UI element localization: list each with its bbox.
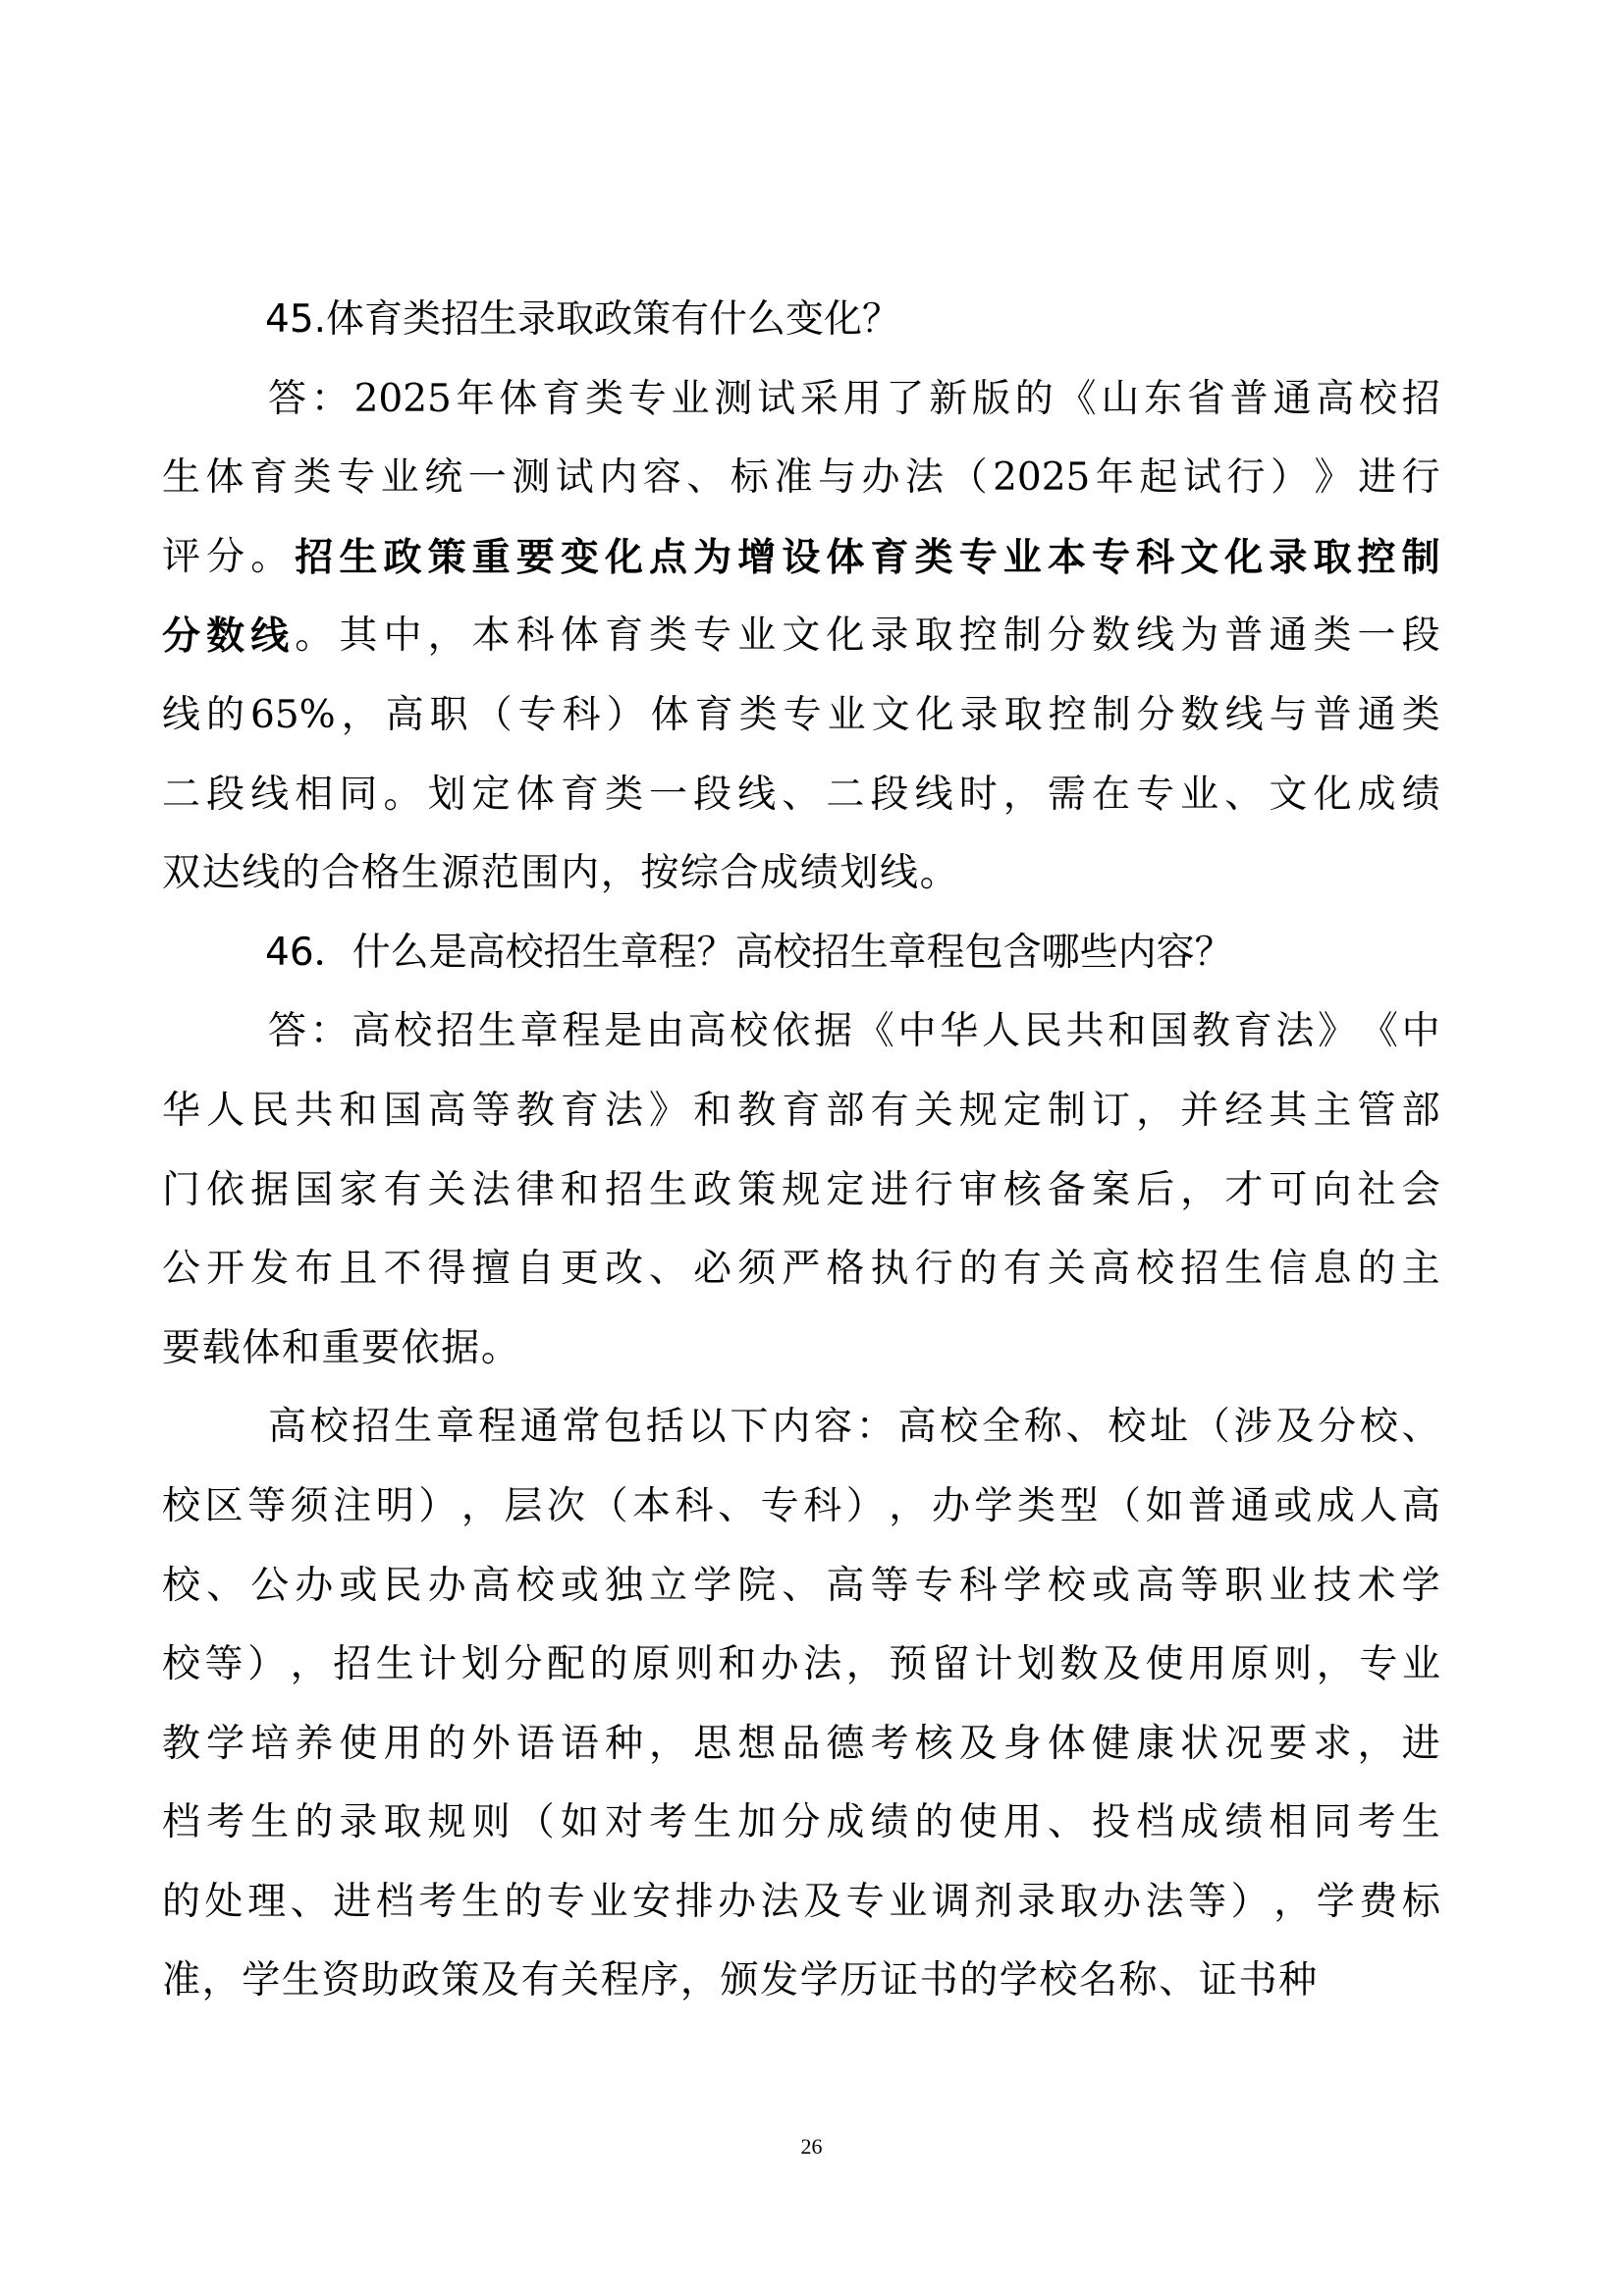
body-text: ） <box>846 1468 885 1547</box>
body-text: 等 <box>1180 1547 1218 1627</box>
body-text: 语 <box>561 1705 599 1785</box>
body-text: 山 <box>1101 360 1139 440</box>
body-text: ： <box>856 1388 894 1468</box>
body-text: 段 <box>871 756 909 835</box>
body-text: 的 <box>959 1942 998 2021</box>
body-text: 章 <box>436 1388 474 1468</box>
body-text: 型 <box>1059 1468 1098 1547</box>
body-text: 教 <box>162 1705 200 1785</box>
body-text: 测 <box>714 360 752 440</box>
body-text: 本 <box>472 597 511 676</box>
paragraph-line: 的处理、进档考生的专业安排办法及专业调剂录取办法等），学费标 <box>162 1863 1440 1943</box>
body-text: 育 <box>561 1072 599 1151</box>
body-text: 绩 <box>1224 1784 1263 1863</box>
body-text: 招 <box>1402 360 1440 440</box>
bold-text: 招 <box>295 518 333 598</box>
body-text: 生 <box>461 1863 500 1943</box>
body-text: 录 <box>1017 1863 1055 1943</box>
body-text: 双 <box>162 834 200 914</box>
body-text: 、 <box>206 1547 244 1627</box>
body-text: 使 <box>959 1784 998 1863</box>
body-text: 用 <box>383 1705 421 1785</box>
body-text: 育 <box>605 597 643 676</box>
body-text: 政 <box>402 1942 440 2021</box>
body-text: 健 <box>1092 1705 1130 1785</box>
body-text: 专 <box>761 1468 799 1547</box>
body-text: 体 <box>206 439 244 518</box>
body-text: 须 <box>291 1468 329 1547</box>
body-text: 重 <box>321 1309 359 1389</box>
body-text: 类 <box>649 597 687 676</box>
body-text: 教 <box>737 1072 776 1151</box>
body-text: 取 <box>1004 676 1043 756</box>
body-text: 时 <box>959 756 998 835</box>
body-text: 可 <box>1269 1151 1307 1231</box>
body-text: 有 <box>520 1942 559 2021</box>
body-text: 段 <box>206 756 244 835</box>
body-text: 国 <box>1150 992 1188 1072</box>
body-text: 核 <box>1003 1151 1042 1231</box>
body-text: 办 <box>862 439 900 518</box>
body-text: 则 <box>1273 1626 1312 1705</box>
body-text: 的 <box>1015 360 1054 440</box>
question-heading: 45.体育类招生录取政策有什么变化？ <box>162 281 1440 360</box>
body-text: 校 <box>940 1388 978 1468</box>
body-text: 校 <box>162 1547 200 1627</box>
body-text: 校 <box>1108 1388 1146 1468</box>
body-text: 一 <box>1358 597 1396 676</box>
body-text: 录 <box>339 1784 377 1863</box>
body-text: 费 <box>1359 1863 1397 1943</box>
body-text: 线 <box>880 834 918 914</box>
body-text: 规 <box>959 1072 998 1151</box>
body-text: 排 <box>676 1863 714 1943</box>
body-text: 高 <box>472 1547 511 1627</box>
body-text: 育 <box>782 1072 820 1151</box>
body-text: ） <box>1231 1863 1270 1943</box>
body-text: 学 <box>206 1705 244 1785</box>
body-text: 、 <box>782 756 820 835</box>
body-text: 生 <box>693 1784 731 1863</box>
body-text: 留 <box>932 1626 970 1705</box>
body-text: 配 <box>547 1626 585 1705</box>
body-text: 65% <box>250 676 336 756</box>
body-text: 注 <box>333 1468 371 1547</box>
bold-text: 设 <box>782 518 820 598</box>
body-text: 高 <box>897 1388 936 1468</box>
body-text: 。 <box>920 834 958 914</box>
body-text: 育 <box>561 756 599 835</box>
body-text: 人 <box>982 992 1020 1072</box>
body-text: 的 <box>206 676 244 756</box>
body-text: 必 <box>693 1230 731 1309</box>
body-text: 技 <box>1313 1547 1351 1627</box>
body-text: 关 <box>915 1072 953 1151</box>
body-text: 普 <box>1230 360 1269 440</box>
body-text: 用 <box>1003 1784 1042 1863</box>
body-text: 取 <box>915 597 953 676</box>
body-text: 等 <box>247 1468 286 1547</box>
body-text: 想 <box>737 1705 776 1785</box>
body-text: ， <box>680 1942 719 2021</box>
bold-text: 取 <box>1313 518 1351 598</box>
body-text: 院 <box>737 1547 776 1627</box>
body-text: 息 <box>1313 1230 1351 1309</box>
body-text: 按 <box>640 834 678 914</box>
body-text: 同 <box>1313 1784 1351 1863</box>
bold-text: 专 <box>1092 518 1130 598</box>
body-text: 华 <box>940 992 978 1072</box>
body-text: 通 <box>1272 360 1311 440</box>
body-text: 其 <box>1269 1072 1307 1151</box>
body-text: ， <box>649 1705 687 1785</box>
body-text: 》 <box>649 1072 687 1151</box>
body-text: 原 <box>632 1626 671 1705</box>
body-text: 使 <box>1146 1626 1184 1705</box>
body-text: 成 <box>1317 1468 1355 1547</box>
body-text: 程 <box>601 1942 639 2021</box>
body-text: 育 <box>1234 992 1272 1072</box>
body-text: 等 <box>472 1072 511 1151</box>
body-text: 原 <box>1231 1626 1270 1705</box>
body-text: 有 <box>383 1151 421 1231</box>
body-text: 依 <box>772 992 810 1072</box>
body-text: 《 <box>1360 992 1398 1072</box>
body-text: 内 <box>599 439 637 518</box>
bold-text: 变 <box>561 518 599 598</box>
body-text: 、 <box>1048 1784 1086 1863</box>
paragraph-line: 档考生的录取规则（如对考生加分成绩的使用、投档成绩相同考生 <box>162 1784 1440 1863</box>
body-text: 、 <box>649 1230 687 1309</box>
body-text: 调 <box>932 1863 970 1943</box>
body-text: 康 <box>1136 1705 1174 1785</box>
body-text: 和 <box>282 1309 320 1389</box>
body-text: 成 <box>826 1784 864 1863</box>
body-text: 和 <box>339 1072 377 1151</box>
body-text: ， <box>1136 1072 1174 1151</box>
body-text: 分 <box>1318 1388 1356 1468</box>
body-text: 思 <box>693 1705 731 1785</box>
body-text: 对 <box>605 1784 643 1863</box>
body-text: 用 <box>1188 1626 1226 1705</box>
bold-text: 化 <box>605 518 643 598</box>
body-text: 依 <box>402 1309 440 1389</box>
body-text: 的 <box>589 1626 627 1705</box>
body-text: 语 <box>516 1705 555 1785</box>
body-text: 涉 <box>1234 1388 1272 1468</box>
body-text: 一 <box>649 756 687 835</box>
body-text: 的 <box>504 1863 542 1943</box>
paragraph-line: 校、公办或民办高校或独立学院、高等专科学校或高等职业技术学 <box>162 1547 1440 1627</box>
body-text: 省 <box>1187 360 1225 440</box>
body-text: 法 <box>472 1151 511 1231</box>
body-text: 进 <box>871 1151 909 1231</box>
body-text: 校 <box>516 1547 555 1627</box>
body-text: 专 <box>518 676 557 756</box>
body-text: 及 <box>1103 1626 1141 1705</box>
body-text: ， <box>1358 1705 1396 1785</box>
body-text: 通 <box>520 1388 559 1468</box>
body-text: 围 <box>520 834 559 914</box>
body-text: 处 <box>205 1863 243 1943</box>
body-text: 通 <box>1358 676 1396 756</box>
body-text: 取 <box>383 1784 421 1863</box>
body-text: 科 <box>676 1468 714 1547</box>
body-text: ） <box>1271 439 1309 518</box>
body-text: 更 <box>561 1230 599 1309</box>
body-text: 高 <box>352 992 391 1072</box>
body-text: 校 <box>1359 360 1397 440</box>
body-text: 名 <box>1079 1942 1117 2021</box>
body-text: 等 <box>871 1547 909 1627</box>
body-text: 年 <box>457 360 495 440</box>
body-text: 立 <box>649 1547 687 1627</box>
body-text: 资 <box>321 1942 359 2021</box>
body-text: 成 <box>1358 756 1396 835</box>
body-text: 与 <box>818 439 856 518</box>
body-text: 段 <box>693 756 731 835</box>
body-text: 体 <box>561 597 599 676</box>
body-text: 生 <box>1224 1230 1263 1309</box>
body-text: 录 <box>960 676 999 756</box>
paragraph-first-line: 高校招生章程通常包括以下内容：高校全称、校址（涉及分校、 <box>162 1388 1440 1468</box>
body-text: 分 <box>504 1626 542 1705</box>
body-text: 科 <box>803 1468 841 1547</box>
body-text: 办 <box>428 1547 466 1627</box>
body-text: 科 <box>516 597 555 676</box>
body-text: 经 <box>1224 1072 1263 1151</box>
body-text: 预 <box>889 1626 927 1705</box>
body-text: 依 <box>206 1151 244 1231</box>
body-text: 考 <box>206 1784 244 1863</box>
body-text: 进 <box>1358 439 1396 518</box>
body-text: 、 <box>718 1468 756 1547</box>
body-text: 类 <box>1017 1468 1055 1547</box>
body-text: 以 <box>688 1388 727 1468</box>
body-text: 行 <box>915 1230 953 1309</box>
body-text: 或 <box>339 1547 377 1627</box>
body-text: （ <box>516 1784 555 1863</box>
body-text: 相 <box>295 756 333 835</box>
body-text: 法 <box>905 439 944 518</box>
body-text: 制 <box>1003 597 1042 676</box>
body-text: 划 <box>461 1626 500 1705</box>
body-text: 发 <box>760 1942 798 2021</box>
body-text: 中 <box>897 992 936 1072</box>
body-text: 学 <box>693 1547 731 1627</box>
body-text: 规 <box>782 1151 820 1231</box>
body-text: 学 <box>1402 1547 1440 1627</box>
body-text: 求 <box>1313 1705 1351 1785</box>
body-text: 如 <box>561 1784 599 1863</box>
body-text: 严 <box>782 1230 820 1309</box>
body-text: 及 <box>803 1863 841 1943</box>
body-text: 生 <box>394 1388 432 1468</box>
body-text: 同 <box>339 756 377 835</box>
paragraph-line: 分数线。其中，本科体育类专业文化录取控制分数线为普通类一段 <box>162 597 1440 676</box>
bold-text: 为 <box>693 518 731 598</box>
body-text: 行 <box>915 1151 953 1231</box>
body-text: 源 <box>441 834 479 914</box>
body-text: 自 <box>516 1230 555 1309</box>
body-text: 业 <box>672 360 710 440</box>
body-text: 民 <box>250 1072 289 1151</box>
body-text: 的 <box>959 1230 998 1309</box>
body-text: 社 <box>1358 1151 1396 1231</box>
body-text: 校 <box>1136 1230 1174 1309</box>
bold-text: 体 <box>826 518 864 598</box>
body-text: 法 <box>1275 992 1314 1072</box>
body-text: 高 <box>386 676 424 756</box>
body-text: 案 <box>1092 1151 1130 1231</box>
body-text: 档 <box>1136 1784 1174 1863</box>
body-text: 专 <box>846 1863 885 1943</box>
body-text: 评 <box>162 518 200 598</box>
body-text: ） <box>247 1626 286 1705</box>
body-text: 历 <box>839 1942 878 2021</box>
body-text: 或 <box>1092 1547 1130 1627</box>
bold-text: 生 <box>339 518 377 598</box>
body-text: 高 <box>826 1547 864 1627</box>
body-text: 办 <box>718 1863 756 1943</box>
body-text: 备 <box>1048 1151 1086 1231</box>
body-text: 民 <box>383 1547 421 1627</box>
body-text: 书 <box>1238 1942 1276 2021</box>
bold-text: 文 <box>1180 518 1218 598</box>
body-text: 是 <box>604 992 642 1072</box>
body-text: 高 <box>1136 1547 1174 1627</box>
body-text: （ <box>1192 1388 1230 1468</box>
body-text: 独 <box>605 1547 643 1627</box>
body-text: 招 <box>333 1626 371 1705</box>
document-body: 45.体育类招生录取政策有什么变化？答：2025年体育类专业测试采用了新版的《山… <box>162 281 1440 2021</box>
bold-text: 增 <box>737 518 776 598</box>
body-text: 校 <box>162 1468 200 1547</box>
body-text: 普 <box>1188 1468 1226 1547</box>
body-text: 括 <box>646 1388 684 1468</box>
body-text: 。 <box>295 597 333 676</box>
body-text: ， <box>1317 1626 1355 1705</box>
body-text: 容 <box>814 1388 852 1468</box>
body-text: 审 <box>959 1151 998 1231</box>
body-text: 共 <box>295 1072 333 1151</box>
body-text: 线 <box>242 834 280 914</box>
body-text: 主 <box>1313 1072 1351 1151</box>
question-heading: 46．什么是高校招生章程？高校招生章程包含哪些内容？ <box>162 914 1440 993</box>
body-text: 布 <box>295 1230 333 1309</box>
body-text: 家 <box>339 1151 377 1231</box>
body-text: 试 <box>556 439 594 518</box>
body-text: 一 <box>468 439 507 518</box>
body-text: 生 <box>162 439 200 518</box>
body-text: 格 <box>826 1230 864 1309</box>
body-text: 养 <box>295 1705 333 1785</box>
body-text: 下 <box>730 1388 768 1468</box>
body-text: 加 <box>737 1784 776 1863</box>
body-text: 。 <box>481 1309 519 1389</box>
body-text: 业 <box>381 439 419 518</box>
body-text: 类 <box>1402 676 1440 756</box>
body-text: 程 <box>562 992 600 1072</box>
bold-text: 重 <box>472 518 511 598</box>
body-text: 绩 <box>1402 756 1440 835</box>
body-text: 线 <box>915 756 953 835</box>
body-text: 学 <box>1317 1863 1355 1943</box>
body-text: 招 <box>352 1388 391 1468</box>
body-text: 证 <box>1199 1942 1237 2021</box>
body-text: 用 <box>843 360 882 440</box>
body-text: 校 <box>162 1626 200 1705</box>
body-text: 的 <box>1358 1230 1396 1309</box>
body-text: 取 <box>1059 1863 1098 1943</box>
body-text: 线 <box>1225 676 1264 756</box>
body-text: ） <box>418 1468 457 1547</box>
body-text: 化 <box>916 676 954 756</box>
body-text: 安 <box>632 1863 671 1943</box>
body-text: 考 <box>418 1863 457 1943</box>
body-text: 》 <box>1318 992 1356 1072</box>
bold-text: 数 <box>206 597 244 676</box>
body-text: 版 <box>972 360 1010 440</box>
body-text: 文 <box>872 676 910 756</box>
body-text: 科 <box>563 676 601 756</box>
body-text: 由 <box>646 992 684 1072</box>
bold-text: 控 <box>1358 518 1396 598</box>
body-text: 考 <box>871 1705 909 1785</box>
body-text: 专 <box>915 1547 953 1627</box>
body-text: 范 <box>481 834 519 914</box>
body-text: ， <box>1273 1863 1312 1943</box>
body-text: 有 <box>871 1072 909 1151</box>
paragraph-line: 华人民共和国高等教育法》和教育部有关规定制订，并经其主管部 <box>162 1072 1440 1151</box>
body-text: 理 <box>247 1863 286 1943</box>
body-text: 二 <box>162 756 200 835</box>
body-text: 程 <box>478 1388 516 1468</box>
body-text: 法 <box>1146 1863 1184 1943</box>
body-text: 数 <box>1181 676 1219 756</box>
body-text: 且 <box>339 1230 377 1309</box>
body-text: 公 <box>250 1547 289 1627</box>
body-text: 关 <box>561 1942 599 2021</box>
body-text: ， <box>1180 1151 1218 1231</box>
body-text: 或 <box>1273 1468 1312 1547</box>
body-text: 专 <box>784 676 822 756</box>
body-text: 状 <box>1180 1705 1218 1785</box>
body-text: 分 <box>1048 597 1086 676</box>
body-text: 与 <box>1270 676 1308 756</box>
body-text: 门 <box>162 1151 200 1231</box>
body-text: 合 <box>721 834 759 914</box>
body-text: 如 <box>1146 1468 1184 1547</box>
body-text: 剂 <box>974 1863 1012 1943</box>
body-text: 内 <box>772 1388 810 1468</box>
body-text: 业 <box>1180 756 1218 835</box>
body-text: 等 <box>205 1626 243 1705</box>
body-text: ， <box>291 1626 329 1705</box>
body-text: 育 <box>695 676 733 756</box>
body-text: 计 <box>974 1626 1012 1705</box>
body-text: 招 <box>436 992 474 1072</box>
body-text: 体 <box>651 676 689 756</box>
body-text: 策 <box>441 1942 479 2021</box>
body-text: 考 <box>1358 1784 1396 1863</box>
body-text: 有 <box>1003 1230 1042 1309</box>
body-text: 书 <box>920 1942 958 2021</box>
body-text: 业 <box>589 1863 627 1943</box>
body-text: 计 <box>418 1626 457 1705</box>
body-text: 办 <box>295 1547 333 1627</box>
body-text: 通 <box>1269 597 1307 676</box>
